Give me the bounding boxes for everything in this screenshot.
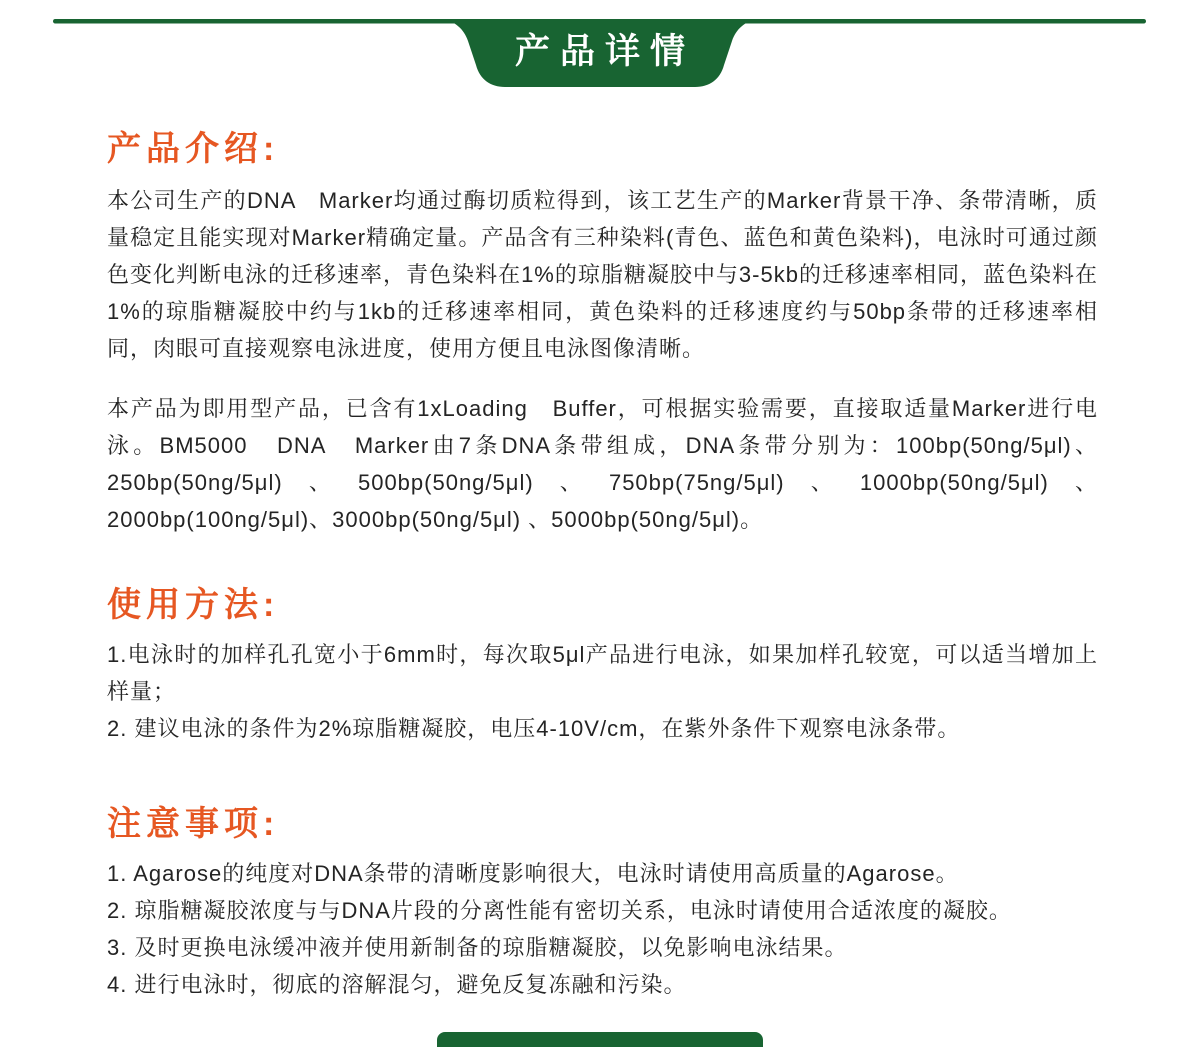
section-heading-notes: 注意事项: [107, 804, 1098, 844]
usage-item-1: 1.电泳时的加样孔孔宽小于6mm时，每次取5μl产品进行电泳，如果加样孔较宽，可… [107, 636, 1098, 710]
content: 产品介绍: 本公司生产的DNA Marker均通过酶切质粒得到，该工艺生产的Ma… [107, 0, 1098, 1003]
intro-paragraph-2: 本产品为即用型产品，已含有1xLoading Buffer，可根据实验需要，直接… [107, 390, 1098, 538]
intro-paragraph-1: 本公司生产的DNA Marker均通过酶切质粒得到，该工艺生产的Marker背景… [107, 182, 1098, 367]
note-item-3: 3. 及时更换电泳缓冲液并使用新制备的琼脂糖凝胶，以免影响电泳结果。 [107, 929, 1098, 966]
usage-item-2: 2. 建议电泳的条件为2%琼脂糖凝胶，电压4-10V/cm，在紫外条件下观察电泳… [107, 710, 1098, 747]
notes-list: 1. Agarose的纯度对DNA条带的清晰度影响很大，电泳时请使用高质量的Ag… [107, 855, 1098, 1003]
bottom-bar [437, 1032, 763, 1047]
product-detail-page: 产品详情 产品介绍: 本公司生产的DNA Marker均通过酶切质粒得到，该工艺… [0, 0, 1200, 1047]
note-item-4: 4. 进行电泳时，彻底的溶解混匀，避免反复冻融和污染。 [107, 966, 1098, 1003]
usage-list: 1.电泳时的加样孔孔宽小于6mm时，每次取5μl产品进行电泳，如果加样孔较宽，可… [107, 636, 1098, 747]
section-heading-usage: 使用方法: [107, 585, 1098, 625]
note-item-2: 2. 琼脂糖凝胶浓度与与DNA片段的分离性能有密切关系，电泳时请使用合适浓度的凝… [107, 892, 1098, 929]
note-item-1: 1. Agarose的纯度对DNA条带的清晰度影响很大，电泳时请使用高质量的Ag… [107, 855, 1098, 892]
section-heading-intro: 产品介绍: [107, 129, 1098, 169]
